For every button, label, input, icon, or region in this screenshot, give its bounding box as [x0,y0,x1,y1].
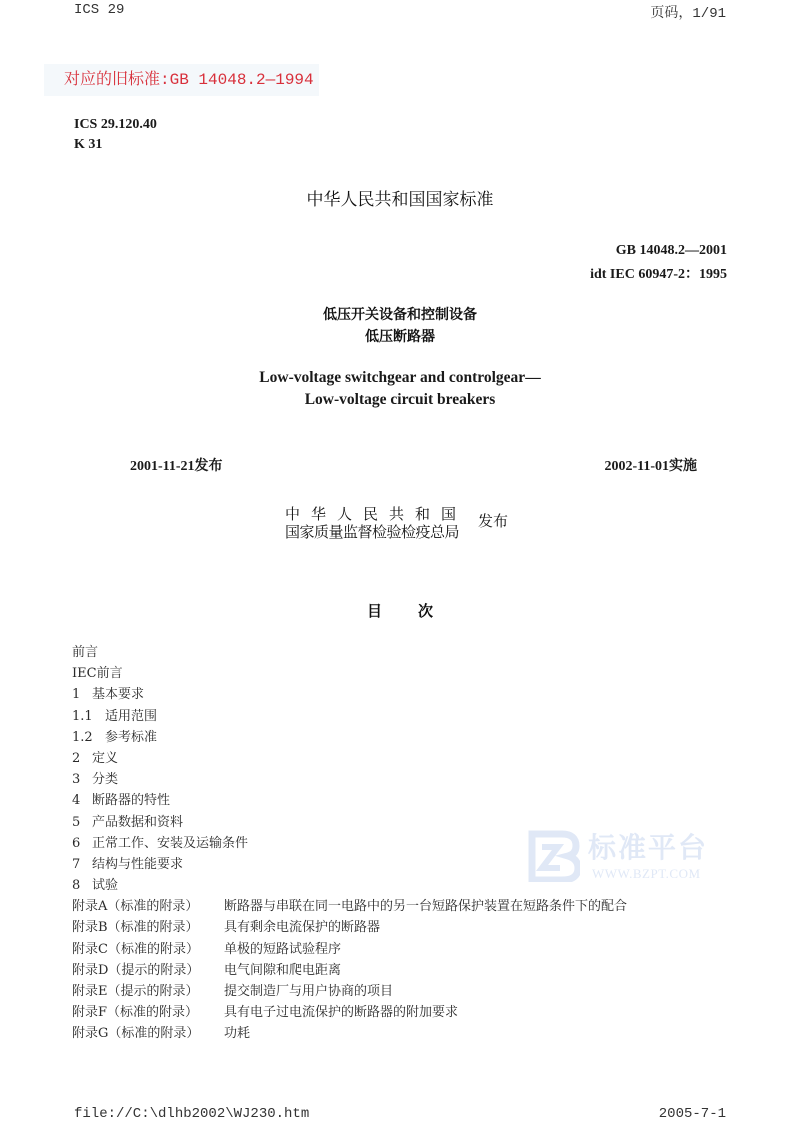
equivalence-note: idt IEC 60947-2：1995 [590,263,727,283]
toc-item-annex[interactable]: 附录G（标准的附录）功耗 [72,1023,627,1044]
print-header-page-number: 页码，1/91 [650,2,726,22]
toc-annex-title: 电气间隙和爬电距离 [224,963,341,978]
toc-item-iec-foreword[interactable]: IEC前言 [72,663,627,684]
issuer-block: 中华人民共和国 国家质量监督检验检疫总局 [285,505,467,541]
toc-section-title: 产品数据和资料 [92,815,183,830]
toc-item-section[interactable]: 1.2参考标准 [72,727,627,748]
toc-item-annex[interactable]: 附录D（提示的附录）电气间隙和爬电距离 [72,960,627,981]
standard-number: GB 14048.2—2001 [616,243,727,259]
toc-item-annex[interactable]: 附录E（提示的附录）提交制造厂与用户协商的项目 [72,981,627,1002]
toc-item-section[interactable]: 4断路器的特性 [72,790,627,811]
toc-section-title: 试验 [92,878,118,893]
toc-section-number: 2 [72,748,92,769]
toc-annex-title: 断路器与串联在同一电路中的另一台短路保护装置在短路条件下的配合 [224,899,627,914]
toc-section-number: 4 [72,790,92,811]
toc-section-title: 参考标准 [105,730,157,745]
toc-section-number: 7 [72,854,92,875]
toc-item-section[interactable]: 3分类 [72,769,627,790]
old-standard-reference: 对应的旧标准:GB 14048.2—1994 [44,64,319,96]
title-en-line1: Low-voltage switchgear and controlgear— [0,369,800,387]
toc-item-label: 前言 [72,645,98,660]
title-cn-line2: 低压断路器 [0,326,800,346]
toc-annex-label: 附录E（提示的附录） [72,981,224,1002]
toc-section-number: 6 [72,833,92,854]
toc-annex-label: 附录F（标准的附录） [72,1002,224,1023]
watermark-url: WWW.BZPT.COM [592,866,701,882]
ics-code: ICS 29.120.40 [74,117,157,133]
toc-item-annex[interactable]: 附录B（标准的附录）具有剩余电流保护的断路器 [72,917,627,938]
print-footer-file-path: file://C:\dlhb2002\WJ230.htm [74,1106,309,1122]
issue-date: 2001-11-21发布 [130,455,223,475]
toc-title-part1: 目 [367,602,382,620]
toc-annex-title: 提交制造厂与用户协商的项目 [224,984,393,999]
implementation-date: 2002-11-01实施 [604,455,697,475]
toc-item-label: IEC前言 [72,666,123,681]
toc-section-title: 基本要求 [92,687,144,702]
toc-item-annex[interactable]: 附录A（标准的附录）断路器与串联在同一电路中的另一台短路保护装置在短路条件下的配… [72,896,627,917]
toc-section-title: 断路器的特性 [92,793,170,808]
title-en-line2: Low-voltage circuit breakers [0,391,800,409]
toc-title: 目次 [0,600,800,621]
toc-annex-label: 附录A（标准的附录） [72,896,224,917]
toc-item-annex[interactable]: 附录F（标准的附录）具有电子过电流保护的断路器的附加要求 [72,1002,627,1023]
watermark-text: 标准平台 [588,826,708,866]
toc-annex-label: 附录C（标准的附录） [72,939,224,960]
print-header-left: ICS 29 [74,2,124,18]
toc-section-title: 分类 [92,772,118,787]
toc-section-number: 5 [72,812,92,833]
toc-item-section[interactable]: 2定义 [72,748,627,769]
issuer-suffix: 发布 [478,510,508,531]
toc-section-title: 适用范围 [105,709,157,724]
issuer-line1: 中华人民共和国 [285,505,467,523]
toc-annex-title: 单极的短路试验程序 [224,942,341,957]
toc-section-title: 正常工作、安装及运输条件 [92,836,248,851]
toc-section-number: 1.2 [72,727,105,748]
toc-section-number: 3 [72,769,92,790]
bzpt-logo-icon [528,830,580,882]
toc-annex-label: 附录D（提示的附录） [72,960,224,981]
toc-item-section[interactable]: 1.1适用范围 [72,706,627,727]
national-standard-heading: 中华人民共和国国家标准 [0,185,800,210]
toc-item-annex[interactable]: 附录C（标准的附录）单极的短路试验程序 [72,939,627,960]
issuer-line2: 国家质量监督检验检疫总局 [285,523,467,541]
toc-annex-label: 附录G（标准的附录） [72,1023,224,1044]
toc-annex-title: 具有剩余电流保护的断路器 [224,920,380,935]
toc-item-foreword[interactable]: 前言 [72,642,627,663]
title-cn-line1: 低压开关设备和控制设备 [0,304,800,324]
toc-section-title: 结构与性能要求 [92,857,183,872]
toc-section-number: 8 [72,875,92,896]
toc-annex-label: 附录B（标准的附录） [72,917,224,938]
toc-section-title: 定义 [92,751,118,766]
toc-annex-title: 功耗 [224,1026,250,1041]
toc-section-number: 1 [72,684,92,705]
toc-item-section[interactable]: 1基本要求 [72,684,627,705]
print-footer-date: 2005-7-1 [659,1106,726,1122]
toc-annex-title: 具有电子过电流保护的断路器的附加要求 [224,1005,458,1020]
toc-title-part2: 次 [418,602,433,620]
ccs-code: K 31 [74,137,102,153]
toc-section-number: 1.1 [72,706,105,727]
watermark: 标准平台 WWW.BZPT.COM [528,826,728,886]
